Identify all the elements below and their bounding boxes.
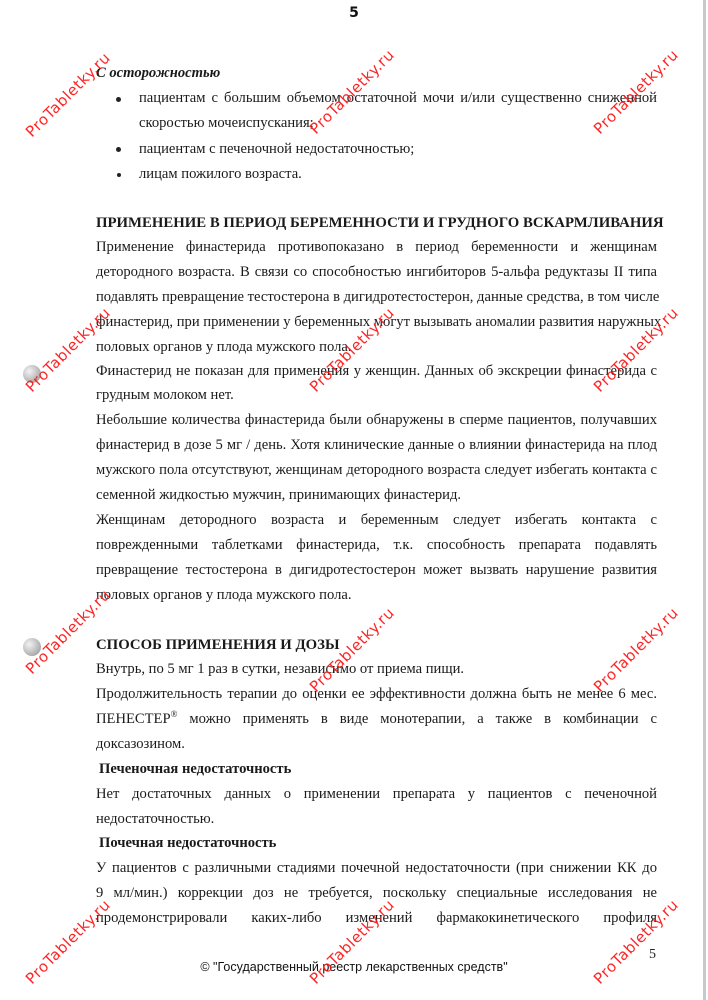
- pregnancy-line: Финастерид не показан для применения у ж…: [96, 362, 657, 380]
- pregnancy-line: мужского пола отсутствуют, женщинам дето…: [96, 461, 657, 479]
- watermark-text: ProTabletky.ru: [22, 49, 114, 141]
- pregnancy-line: финастерид в дозе 5 мг / день. Хотя клин…: [96, 436, 657, 454]
- caution-item-2: пациентам с печеночной недостаточностью;: [139, 140, 657, 158]
- caution-item-1-line2: скоростью мочеиспускания;: [139, 114, 657, 132]
- dosage-heading: СПОСОБ ПРИМЕНЕНИЯ И ДОЗЫ: [96, 636, 657, 654]
- caution-item-3: лицам пожилого возраста.: [139, 165, 657, 183]
- caution-item-1-line1: пациентам с большим объемом остаточной м…: [139, 89, 657, 107]
- renal-title: Почечная недостаточность: [99, 834, 660, 852]
- header-page-number: 5: [0, 5, 708, 21]
- dosage-line-brand: ПЕНЕСТЕР® можно применять в виде монотер…: [96, 710, 657, 728]
- pregnancy-line: семенной жидкостью мужчин, принимающих ф…: [96, 486, 657, 504]
- renal-line: У пациентов с различными стадиями почечн…: [96, 859, 657, 877]
- registered-mark: ®: [171, 709, 178, 719]
- bullet-icon: [117, 173, 121, 177]
- bullet-icon: [116, 147, 121, 152]
- pregnancy-heading: ПРИМЕНЕНИЕ В ПЕРИОД БЕРЕМЕННОСТИ И ГРУДН…: [96, 214, 657, 232]
- renal-line: 9 мл/мин.) коррекции доз не требуется, п…: [96, 884, 657, 902]
- pregnancy-line: Применение финастерида противопоказано в…: [96, 238, 657, 256]
- pregnancy-line: половых органов у плода мужского пола.: [96, 338, 657, 356]
- pregnancy-line: подавлять превращение тестостерона в диг…: [96, 288, 657, 306]
- brand-name: ПЕНЕСТЕР: [96, 711, 171, 727]
- hepatic-line: недостаточностью.: [96, 810, 657, 828]
- hepatic-title: Печеночная недостаточность: [99, 760, 660, 778]
- pregnancy-line: поврежденными таблетками финастерида, т.…: [96, 536, 657, 554]
- dosage-line: доксазозином.: [96, 735, 657, 753]
- dosage-line: Внутрь, по 5 мг 1 раз в сутки, независим…: [96, 660, 657, 678]
- page-right-border: [703, 0, 706, 1000]
- pregnancy-line: превращение тестостерона в дигидротестос…: [96, 561, 657, 579]
- pregnancy-line: грудным молоком нет.: [96, 386, 657, 404]
- pregnancy-line: детородного возраста. В связи со способн…: [96, 263, 657, 281]
- pregnancy-line: Женщинам детородного возраста и беременн…: [96, 511, 657, 529]
- dosage-line3-rest: можно применять в виде монотерапии, а та…: [189, 711, 657, 727]
- bullet-icon: [116, 97, 121, 102]
- pregnancy-line: Небольшие количества финастерида были об…: [96, 411, 657, 429]
- dosage-line: Продолжительность терапии до оценки ее э…: [96, 685, 657, 703]
- pregnancy-line: половых органов у плода мужского пола.: [96, 586, 657, 604]
- hepatic-line: Нет достаточных данных о применении преп…: [96, 785, 657, 803]
